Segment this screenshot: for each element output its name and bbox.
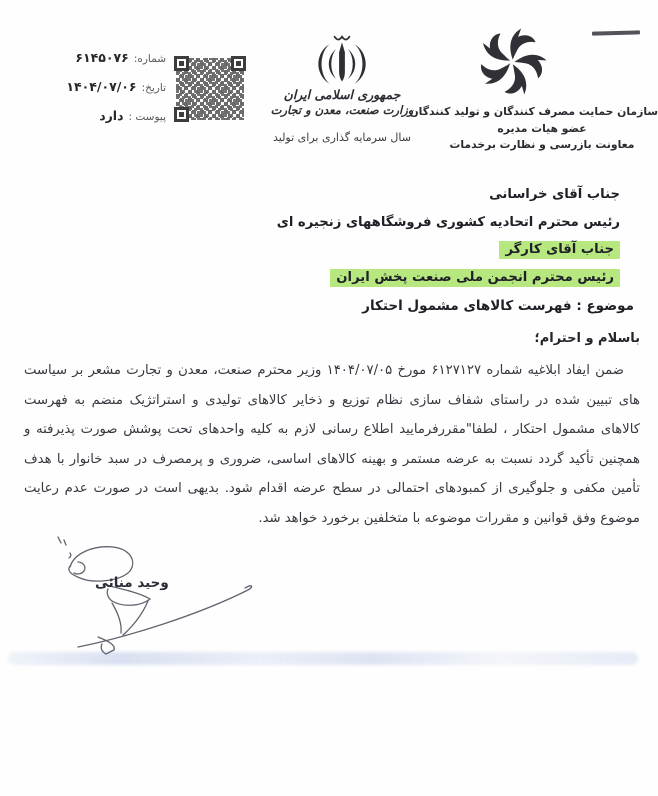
organization-logo-icon <box>474 24 550 100</box>
country-name: جمهوری اسلامی ایران <box>252 87 432 102</box>
year-slogan: سال سرمایه گذاری برای تولید <box>252 131 432 144</box>
signer-name: وحید منائی <box>95 575 169 591</box>
organization-name: سازمان حمایت مصرف کنندگان و تولید کنندگا… <box>426 104 658 121</box>
organization-header: سازمان حمایت مصرف کنندگان و تولید کنندگا… <box>426 104 658 154</box>
letter-date-label: تاریخ: <box>142 82 166 94</box>
handwritten-signature <box>18 515 338 665</box>
letter-number-row: شماره: ۶۱۴۵۰۷۶ <box>46 50 166 79</box>
letter-meta-block: شماره: ۶۱۴۵۰۷۶ تاریخ: ۱۴۰۴/۰۷/۰۶ پیوست :… <box>46 50 166 137</box>
recipient-block: جناب آقای خراسانی رئیس محترم اتحادیه کشو… <box>277 181 620 291</box>
letter-attachment-value: دارد <box>99 108 123 123</box>
organization-line3: معاونت بازرسی و نظارت برخدمات <box>426 137 658 154</box>
scan-dash-mark <box>592 30 640 35</box>
qr-code <box>172 54 248 124</box>
organization-line2: عضو هیات مدیره <box>426 121 658 138</box>
qr-finder-icon <box>231 56 246 71</box>
qr-finder-icon <box>174 107 189 122</box>
letter-attachment-label: پیوست : <box>129 111 167 123</box>
letter-attachment-row: پیوست : دارد <box>46 108 166 137</box>
signature-block: وحید منائی <box>18 515 338 665</box>
salutation-line: باسلام و احترام؛ <box>535 331 640 346</box>
iran-national-emblem-icon <box>317 30 367 88</box>
letter-page: شماره: ۶۱۴۵۰۷۶ تاریخ: ۱۴۰۴/۰۷/۰۶ پیوست :… <box>0 0 658 796</box>
recipient-name-2: جناب آقای کارگر <box>277 236 620 264</box>
recipient-text-highlighted: جناب آقای کارگر <box>499 241 620 259</box>
recipient-text: رئیس محترم اتحادیه کشوری فروشگاههای زنجی… <box>277 215 620 230</box>
recipient-text-highlighted: رئیس محترم انجمن ملی صنعت پخش ایران <box>330 269 620 287</box>
recipient-title-1: رئیس محترم اتحادیه کشوری فروشگاههای زنجی… <box>277 209 620 237</box>
scan-smudge-artifact <box>8 652 638 665</box>
recipient-text: جناب آقای خراسانی <box>489 187 620 202</box>
subject-line: موضوع : فهرست کالاهای مشمول احتکار <box>362 298 634 314</box>
recipient-title-2: رئیس محترم انجمن ملی صنعت پخش ایران <box>277 264 620 292</box>
letter-number-label: شماره: <box>134 53 166 65</box>
letter-date-row: تاریخ: ۱۴۰۴/۰۷/۰۶ <box>46 79 166 108</box>
recipient-name-1: جناب آقای خراسانی <box>277 181 620 209</box>
letter-date-value: ۱۴۰۴/۰۷/۰۶ <box>66 79 136 94</box>
letter-number-value: ۶۱۴۵۰۷۶ <box>75 50 128 65</box>
ministry-header: جمهوری اسلامی ایران وزارت صنعت، معدن و ت… <box>252 87 432 118</box>
letter-body: ضمن ایفاد ابلاغیه شماره ۶۱۲۷۱۲۷ مورخ ۱۴۰… <box>24 356 640 533</box>
ministry-name: وزارت صنعت، معدن و تجارت <box>252 103 432 118</box>
qr-finder-icon <box>174 56 189 71</box>
